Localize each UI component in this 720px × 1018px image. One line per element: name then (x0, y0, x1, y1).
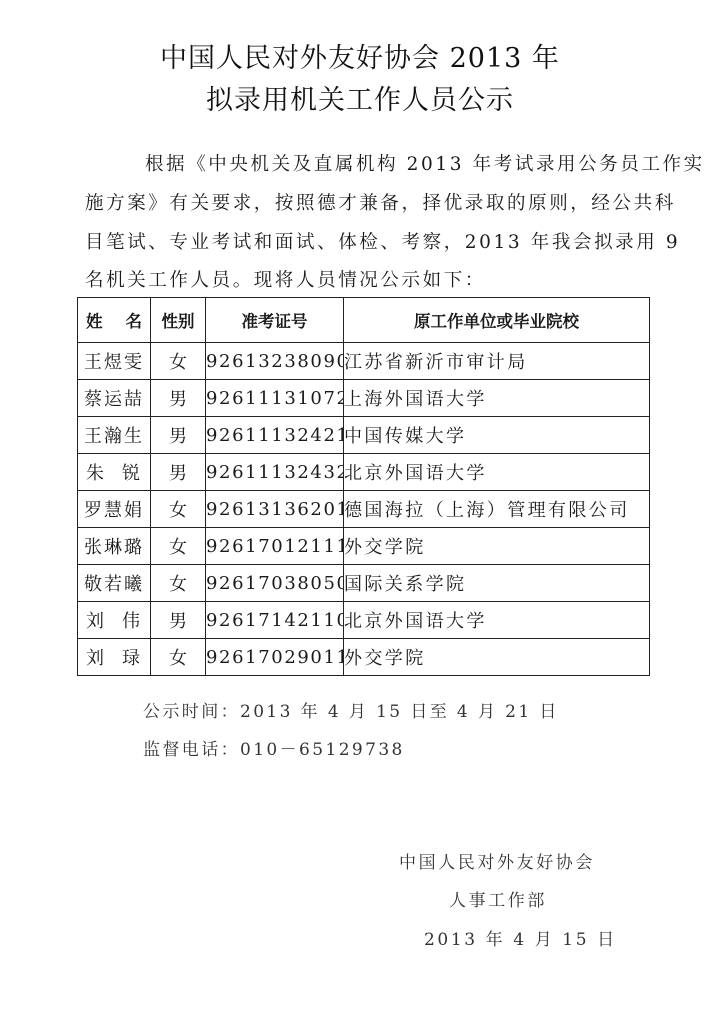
cell-gender: 女 (151, 639, 206, 676)
paragraph-line-4: 名机关工作人员。现将人员情况公示如下： (85, 266, 486, 292)
name-part: 琭 (122, 644, 142, 670)
header-gender: 性别 (151, 298, 206, 343)
paragraph-line-2: 施方案》有关要求，按照德才兼备，择优录取的原则，经公共科 (85, 189, 676, 215)
header-name-part-2: 名 (126, 308, 143, 332)
header-org: 原工作单位或毕业院校 (344, 298, 650, 343)
cell-exam-id: 926111324325 (206, 454, 344, 491)
cell-name: 蔡运喆 (78, 380, 151, 417)
cell-name: 刘琭 (78, 639, 151, 676)
cell-exam-id: 926171421105 (206, 602, 344, 639)
table-row: 刘琭女926170290119外交学院 (78, 639, 650, 676)
cell-name: 朱锐 (78, 454, 151, 491)
table-row: 蔡运喆男926111310724上海外国语大学 (78, 380, 650, 417)
cell-org: 江苏省新沂市审计局 (344, 343, 650, 380)
cell-exam-id: 926111324217 (206, 417, 344, 454)
table-row: 敬若曦女926170380502国际关系学院 (78, 565, 650, 602)
document-title-line-1: 中国人民对外友好协会 2013 年 (0, 36, 720, 75)
cell-org: 国际关系学院 (344, 565, 650, 602)
cell-org: 外交学院 (344, 528, 650, 565)
notice-period: 公示时间：2013 年 4 月 15 日至 4 月 21 日 (143, 697, 559, 722)
cell-name: 敬若曦 (78, 565, 151, 602)
cell-exam-id: 926131362019 (206, 491, 344, 528)
cell-org: 上海外国语大学 (344, 380, 650, 417)
cell-exam-id: 926111310724 (206, 380, 344, 417)
name-part: 锐 (122, 459, 142, 485)
table-row: 刘伟男926171421105北京外国语大学 (78, 602, 650, 639)
table-row: 王瀚生男926111324217中国传媒大学 (78, 417, 650, 454)
table-body: 王煜雯女926132380909江苏省新沂市审计局蔡运喆男92611131072… (78, 343, 650, 676)
cell-name: 罗慧娟 (78, 491, 151, 528)
cell-gender: 女 (151, 528, 206, 565)
supervision-phone: 监督电话：010－65129738 (143, 735, 405, 760)
name-part: 刘 (86, 644, 106, 670)
cell-gender: 男 (151, 454, 206, 491)
table-row: 罗慧娟女926131362019德国海拉（上海）管理有限公司 (78, 491, 650, 528)
candidate-table: 姓名 性别 准考证号 原工作单位或毕业院校 王煜雯女926132380909江苏… (77, 297, 650, 676)
cell-name: 王煜雯 (78, 343, 151, 380)
header-name: 姓名 (78, 298, 151, 343)
document-title-line-2: 拟录用机关工作人员公示 (0, 78, 720, 117)
name-part: 朱 (86, 459, 106, 485)
cell-name: 王瀚生 (78, 417, 151, 454)
header-exam-id: 准考证号 (206, 298, 344, 343)
cell-exam-id: 926170121115 (206, 528, 344, 565)
table-header-row: 姓名 性别 准考证号 原工作单位或毕业院校 (78, 298, 650, 343)
cell-exam-id: 926170380502 (206, 565, 344, 602)
cell-org: 中国传媒大学 (344, 417, 650, 454)
cell-exam-id: 926132380909 (206, 343, 344, 380)
cell-org: 北京外国语大学 (344, 602, 650, 639)
cell-org: 外交学院 (344, 639, 650, 676)
signature-date: 2013 年 4 月 15 日 (424, 925, 617, 950)
cell-name: 张琳璐 (78, 528, 151, 565)
signature-department: 人事工作部 (449, 886, 547, 911)
table-row: 王煜雯女926132380909江苏省新沂市审计局 (78, 343, 650, 380)
cell-gender: 女 (151, 343, 206, 380)
name-part: 伟 (122, 607, 142, 633)
cell-org: 德国海拉（上海）管理有限公司 (344, 491, 650, 528)
name-part: 刘 (86, 607, 106, 633)
paragraph-line-1: 根据《中央机关及直属机构 2013 年考试录用公务员工作实 (145, 150, 705, 176)
cell-name: 刘伟 (78, 602, 151, 639)
cell-gender: 女 (151, 565, 206, 602)
cell-org: 北京外国语大学 (344, 454, 650, 491)
header-name-part-1: 姓 (86, 308, 103, 332)
cell-gender: 男 (151, 602, 206, 639)
cell-gender: 女 (151, 491, 206, 528)
signature-organization: 中国人民对外友好协会 (399, 848, 595, 873)
table-row: 朱锐男926111324325北京外国语大学 (78, 454, 650, 491)
table-row: 张琳璐女926170121115外交学院 (78, 528, 650, 565)
cell-gender: 男 (151, 380, 206, 417)
paragraph-line-3: 目笔试、专业考试和面试、体检、考察，2013 年我会拟录用 9 (85, 228, 680, 254)
cell-exam-id: 926170290119 (206, 639, 344, 676)
cell-gender: 男 (151, 417, 206, 454)
